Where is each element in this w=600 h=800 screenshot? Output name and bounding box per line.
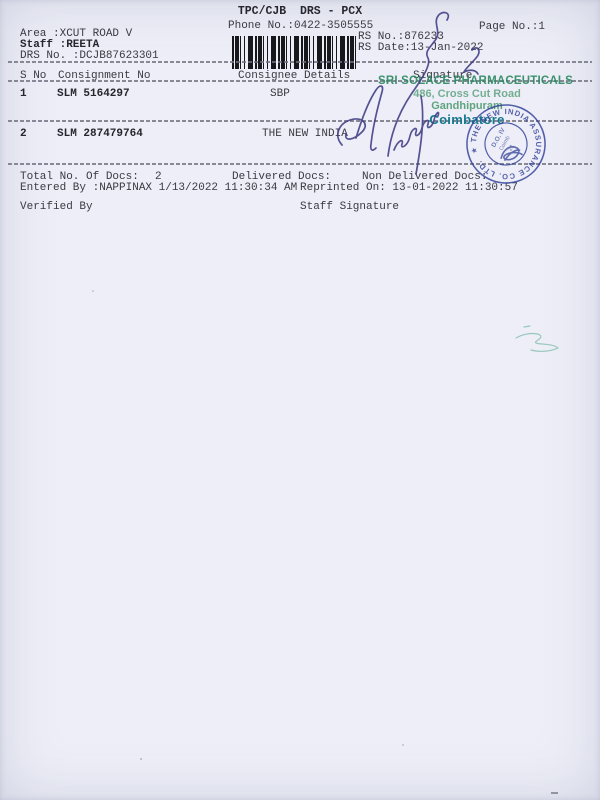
row-s-no: 2: [20, 128, 27, 140]
document-title: TPC/CJB DRS - PCX: [0, 6, 600, 18]
divider-dashed: [8, 163, 592, 165]
reprinted-on-field: Reprinted On: 13-01-2022 11:30:57: [300, 182, 518, 194]
stamp-inner-scribble: [499, 144, 523, 162]
row-consignment-no: SLM 5164297: [57, 88, 130, 100]
row-consignee: SBP: [270, 88, 290, 100]
address-line: SRI SOLACE PHARMACEUTICALS: [378, 75, 556, 87]
scanned-delivery-run-sheet: TPC/CJB DRS - PCX Phone No.:0422-3505555…: [0, 0, 600, 800]
barcode-image: [232, 36, 356, 69]
stamp-inner-text: 21: [507, 143, 516, 152]
page-number: Page No.:1: [479, 21, 545, 33]
address-line: 486, Cross Cut Road: [378, 88, 556, 100]
verified-by-label: Verified By: [20, 201, 93, 213]
entered-by-field: Entered By :NAPPINAX 1/13/2022 11:30:34 …: [20, 182, 297, 194]
divider-dashed: [8, 61, 592, 63]
staff-signature-label: Staff Signature: [300, 201, 399, 213]
stamp-inner-text: D.O. IV: [490, 126, 507, 149]
rs-date-field: RS Date:13-Jan-2022: [358, 42, 483, 54]
row-consignment-no: SLM 287479764: [57, 128, 143, 140]
address-line: Coimbatore: [378, 112, 556, 127]
consignee-address-stamp: SRI SOLACE PHARMACEUTICALS 486, Cross Cu…: [378, 75, 556, 127]
phone-number: Phone No.:0422-3505555: [228, 20, 373, 32]
address-line: Gandhipuram: [378, 100, 556, 112]
stamp-inner-text: Coimb: [499, 135, 512, 152]
row-s-no: 1: [20, 88, 27, 100]
row-consignee: THE NEW INDIA: [262, 128, 348, 140]
scan-specks: [92, 290, 558, 794]
stray-ink-mark: [516, 326, 558, 351]
